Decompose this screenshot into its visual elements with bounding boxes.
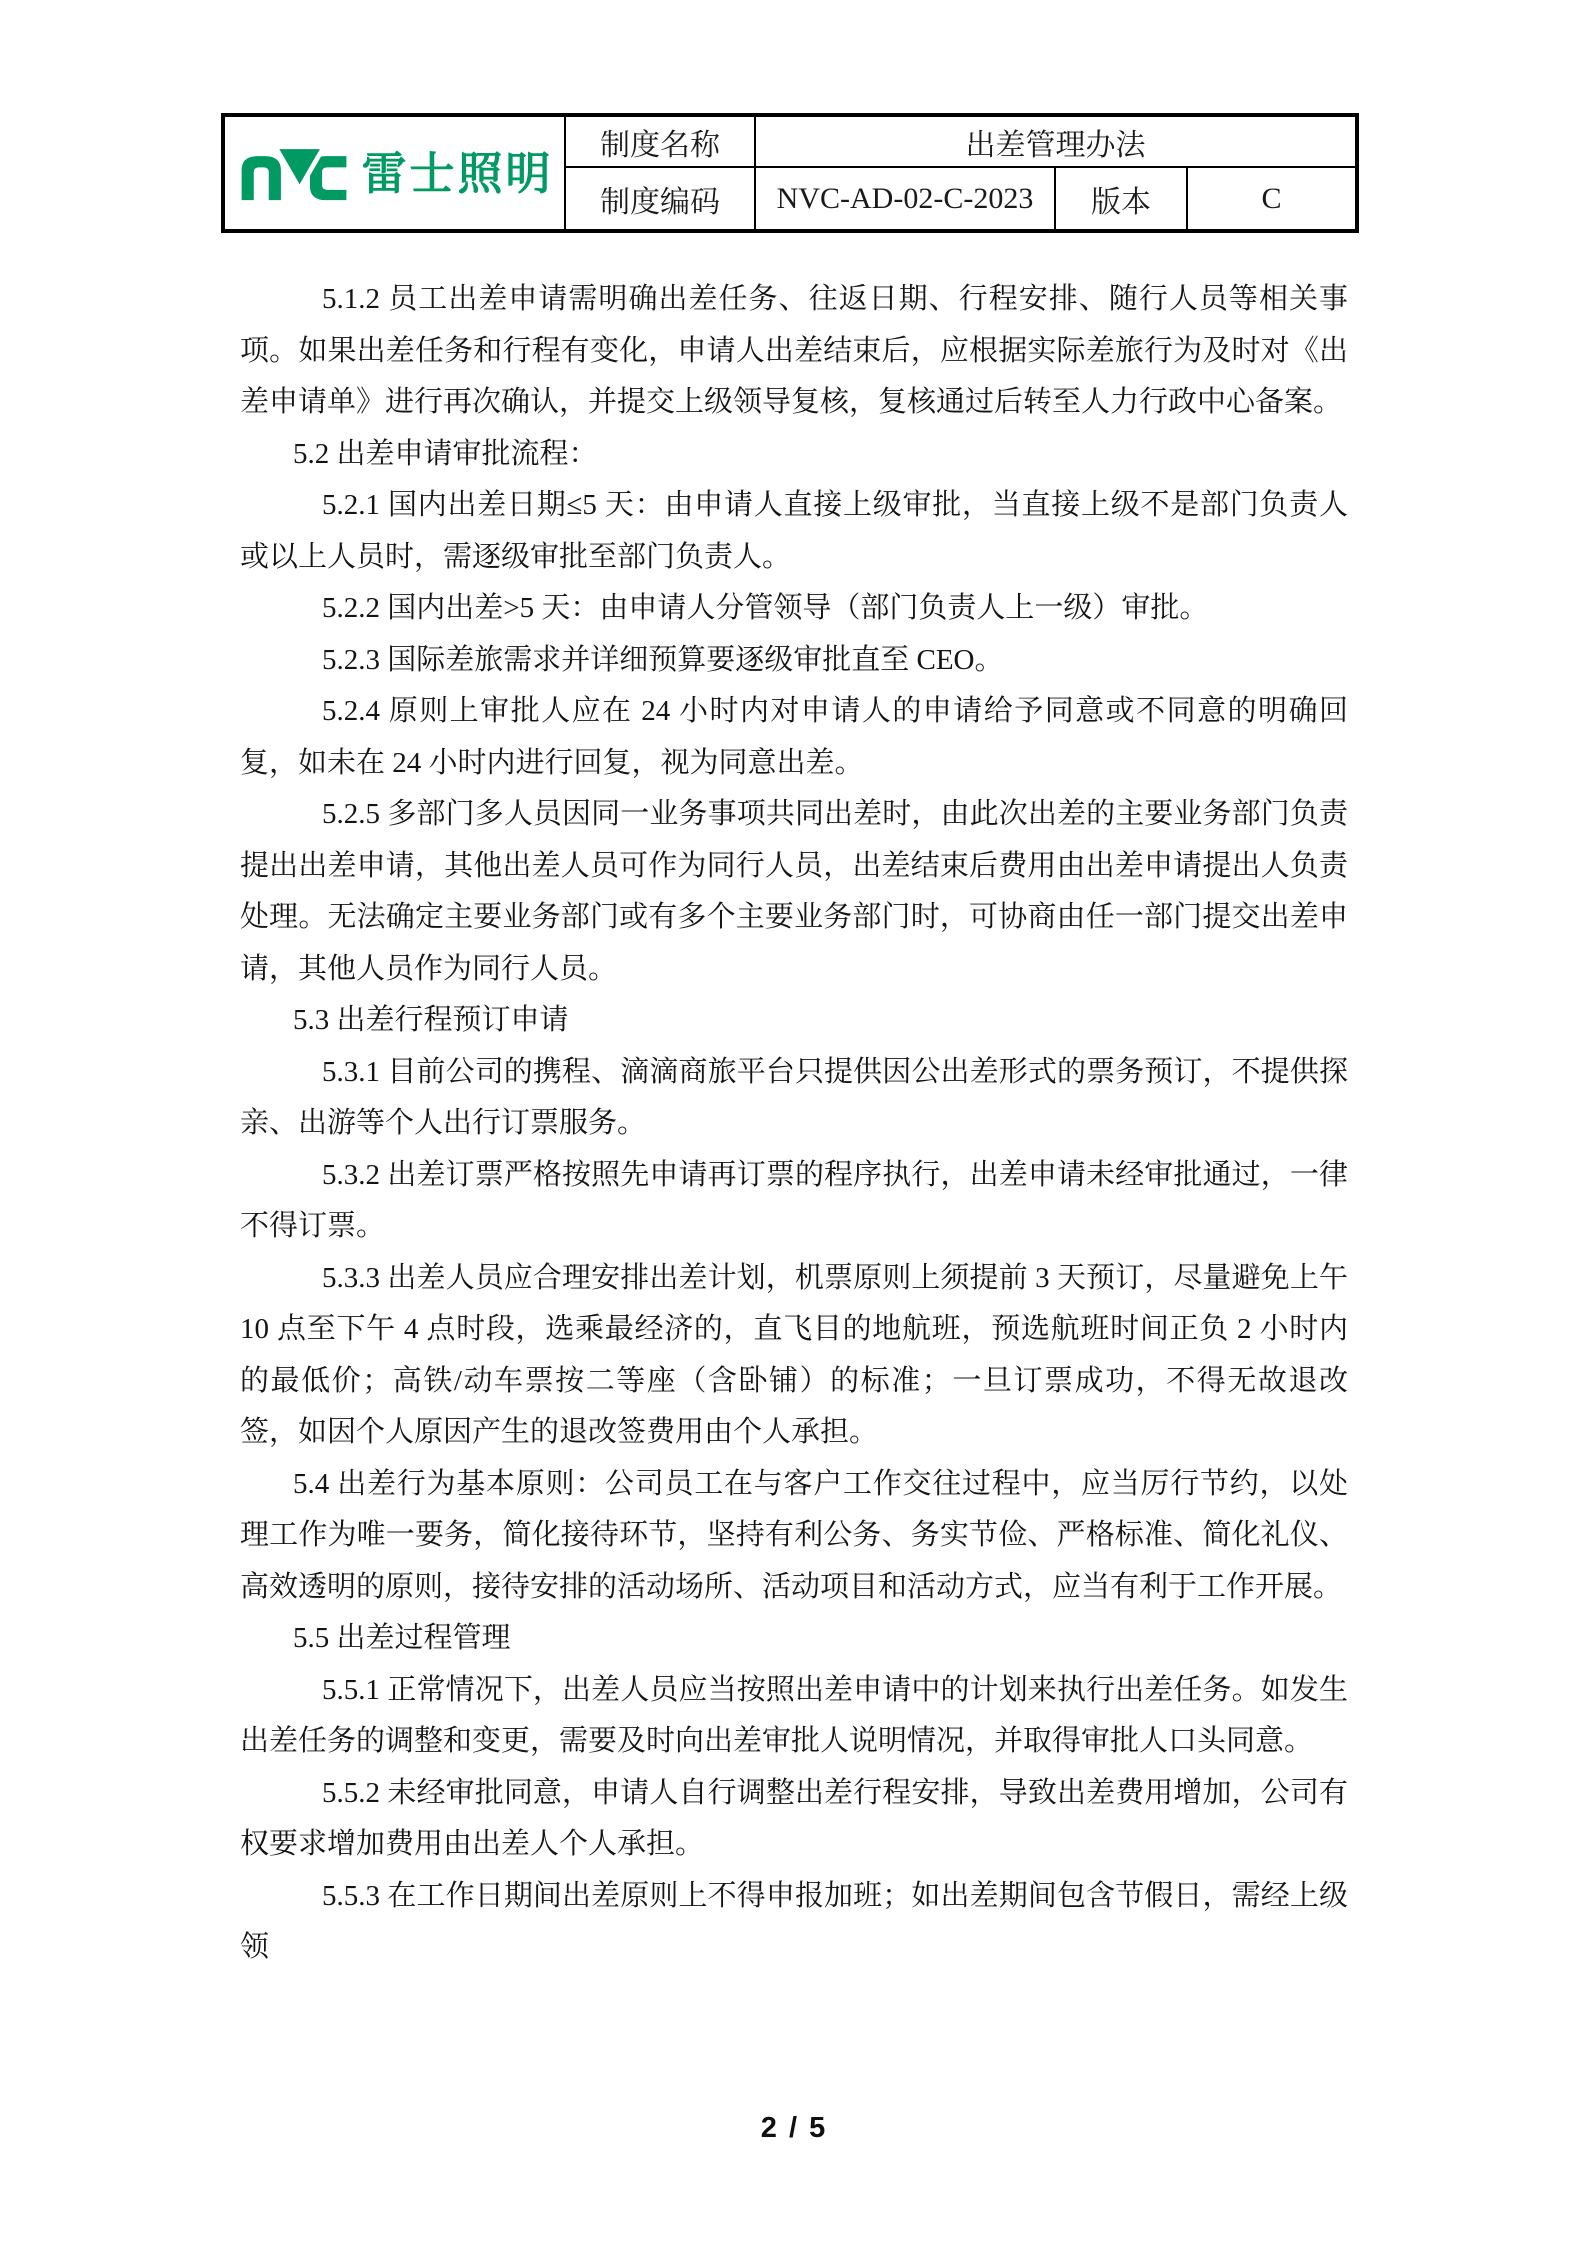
paragraph: 5.5.3 在工作日期间出差原则上不得申报加班；如出差期间包含节假日，需经上级领 bbox=[240, 1871, 1348, 1974]
policy-code-value: NVC-AD-02-C-2023 bbox=[755, 167, 1055, 231]
paragraph: 5.2.4 原则上审批人应在 24 小时内对申请人的申请给予同意或不同意的明确回… bbox=[240, 686, 1348, 789]
paragraph: 5.2.2 国内出差>5 天：由申请人分管领导（部门负责人上一级）审批。 bbox=[240, 583, 1348, 635]
document-body: 5.1.2 员工出差申请需明确出差任务、往返日期、行程安排、随行人员等相关事项。… bbox=[240, 274, 1348, 1974]
version-value: C bbox=[1187, 167, 1357, 231]
policy-code-label: 制度编码 bbox=[565, 167, 755, 231]
logo-cell: 雷士照明 bbox=[223, 115, 565, 231]
paragraph: 5.5 出差过程管理 bbox=[240, 1613, 1348, 1665]
policy-name-label: 制度名称 bbox=[565, 115, 755, 167]
paragraph: 5.3.1 目前公司的携程、滴滴商旅平台只提供因公出差形式的票务预订，不提供探亲… bbox=[240, 1047, 1348, 1150]
page-number: 2 / 5 bbox=[0, 2112, 1588, 2145]
paragraph: 5.2.1 国内出差日期≤5 天：由申请人直接上级审批，当直接上级不是部门负责人… bbox=[240, 480, 1348, 583]
paragraph: 5.5.1 正常情况下，出差人员应当按照出差申请中的计划来执行出差任务。如发生出… bbox=[240, 1665, 1348, 1768]
paragraph: 5.2.5 多部门多人员因同一业务事项共同出差时，由此次出差的主要业务部门负责提… bbox=[240, 789, 1348, 995]
header-table: 雷士照明 制度名称 出差管理办法 制度编码 NVC-AD-02-C-2023 版… bbox=[221, 113, 1359, 233]
paragraph: 5.5.2 未经审批同意，申请人自行调整出差行程安排，导致出差费用增加，公司有权… bbox=[240, 1768, 1348, 1871]
nvc-logo-icon bbox=[235, 144, 353, 202]
company-logo: 雷士照明 bbox=[225, 144, 564, 202]
company-name: 雷士照明 bbox=[361, 151, 553, 196]
policy-name-value: 出差管理办法 bbox=[755, 115, 1357, 167]
paragraph: 5.2 出差申请审批流程： bbox=[240, 429, 1348, 481]
paragraph: 5.3.2 出差订票严格按照先申请再订票的程序执行，出差申请未经审批通过，一律不… bbox=[240, 1150, 1348, 1253]
version-label: 版本 bbox=[1055, 167, 1187, 231]
paragraph: 5.4 出差行为基本原则：公司员工在与客户工作交往过程中，应当厉行节约，以处理工… bbox=[240, 1459, 1348, 1614]
paragraph: 5.3 出差行程预订申请 bbox=[240, 995, 1348, 1047]
paragraph: 5.3.3 出差人员应合理安排出差计划，机票原则上须提前 3 天预订，尽量避免上… bbox=[240, 1253, 1348, 1459]
document-page: 雷士照明 制度名称 出差管理办法 制度编码 NVC-AD-02-C-2023 版… bbox=[0, 0, 1588, 2245]
paragraph: 5.2.3 国际差旅需求并详细预算要逐级审批直至 CEO。 bbox=[240, 635, 1348, 687]
paragraph: 5.1.2 员工出差申请需明确出差任务、往返日期、行程安排、随行人员等相关事项。… bbox=[240, 274, 1348, 429]
